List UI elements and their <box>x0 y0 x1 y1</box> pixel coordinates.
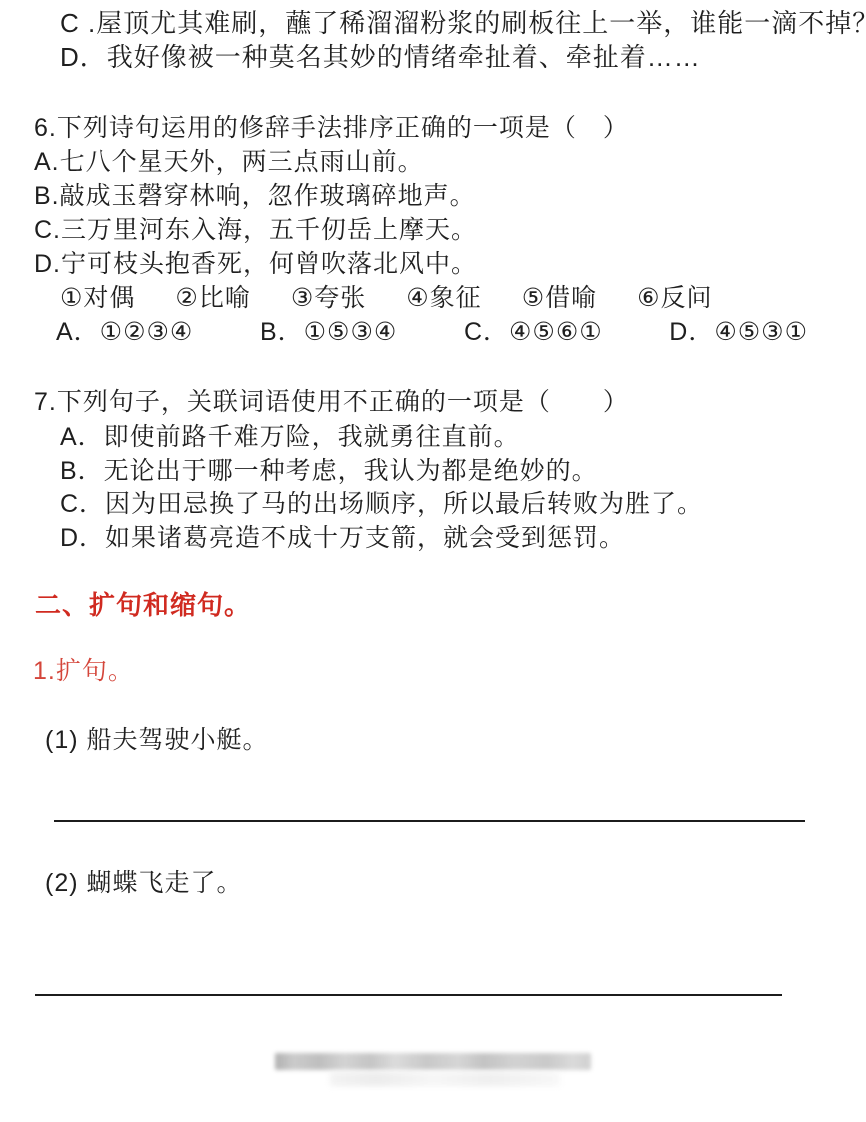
expand-item-2: (2) 蝴蝶飞走了。 <box>0 866 866 900</box>
q6-option-d: D.宁可枝头抱香死，何曾吹落北风中。 <box>0 247 866 281</box>
q7-option-a: A．即使前路千难万险，我就勇往直前。 <box>0 420 866 454</box>
watermark-blur <box>275 1053 591 1070</box>
watermark-blur-shadow <box>330 1072 560 1086</box>
q7-option-d: D．如果诸葛亮造不成十万支箭，就会受到惩罚。 <box>0 521 866 555</box>
device-xiangzheng: ④象征 <box>406 281 481 315</box>
q6-devices-row: ①对偶 ②比喻 ③夸张 ④象征 ⑤借喻 ⑥反问 <box>60 281 713 315</box>
prev-question-option-c: C .屋顶尤其难刷，蘸了稀溜溜粉浆的刷板往上一举，谁能一滴不掉？ <box>0 6 866 40</box>
prev-question-option-d: D．我好像被一种莫名其妙的情绪牵扯着、牵扯着…… <box>0 40 866 74</box>
expand-item-1: (1) 船夫驾驶小艇。 <box>0 723 866 757</box>
device-biyu: ②比喻 <box>175 281 250 315</box>
q6-stem: 6.下列诗句运用的修辞手法排序正确的一项是（ ） <box>0 111 866 145</box>
answer-blank-1[interactable] <box>54 820 805 822</box>
q6-option-b: B.敲成玉磬穿林响，忽作玻璃碎地声。 <box>0 179 866 213</box>
answer-blank-2[interactable] <box>35 994 782 996</box>
q6-answer-choices-row: A．①②③④ B．①⑤③④ C．④⑤⑥① D．④⑤③① <box>56 315 808 349</box>
device-jieyu: ⑤借喻 <box>522 281 597 315</box>
section2-heading: 二、扩句和缩句。 <box>35 589 251 621</box>
device-kuazhang: ③夸张 <box>291 281 366 315</box>
section2-subheading: 1.扩句。 <box>33 655 134 687</box>
q6-choice-a: A．①②③④ <box>56 315 193 349</box>
q6-option-c: C.三万里河东入海，五千仞岳上摩天。 <box>0 213 866 247</box>
device-fanwen: ⑥反问 <box>637 281 712 315</box>
worksheet-page: C .屋顶尤其难刷，蘸了稀溜溜粉浆的刷板往上一举，谁能一滴不掉？ D．我好像被一… <box>0 0 866 1122</box>
q7-option-c: C．因为田忌换了马的出场顺序，所以最后转败为胜了。 <box>0 487 866 521</box>
q6-choice-b: B．①⑤③④ <box>260 315 397 349</box>
q7-option-b: B．无论出于哪一种考虑，我认为都是绝妙的。 <box>0 454 866 488</box>
q6-choice-d: D．④⑤③① <box>669 315 808 349</box>
device-duiou: ①对偶 <box>60 281 135 315</box>
q7-stem: 7.下列句子，关联词语使用不正确的一项是（ ） <box>0 385 866 419</box>
q6-option-a: A.七八个星天外，两三点雨山前。 <box>0 145 866 179</box>
q6-choice-c: C．④⑤⑥① <box>464 315 603 349</box>
